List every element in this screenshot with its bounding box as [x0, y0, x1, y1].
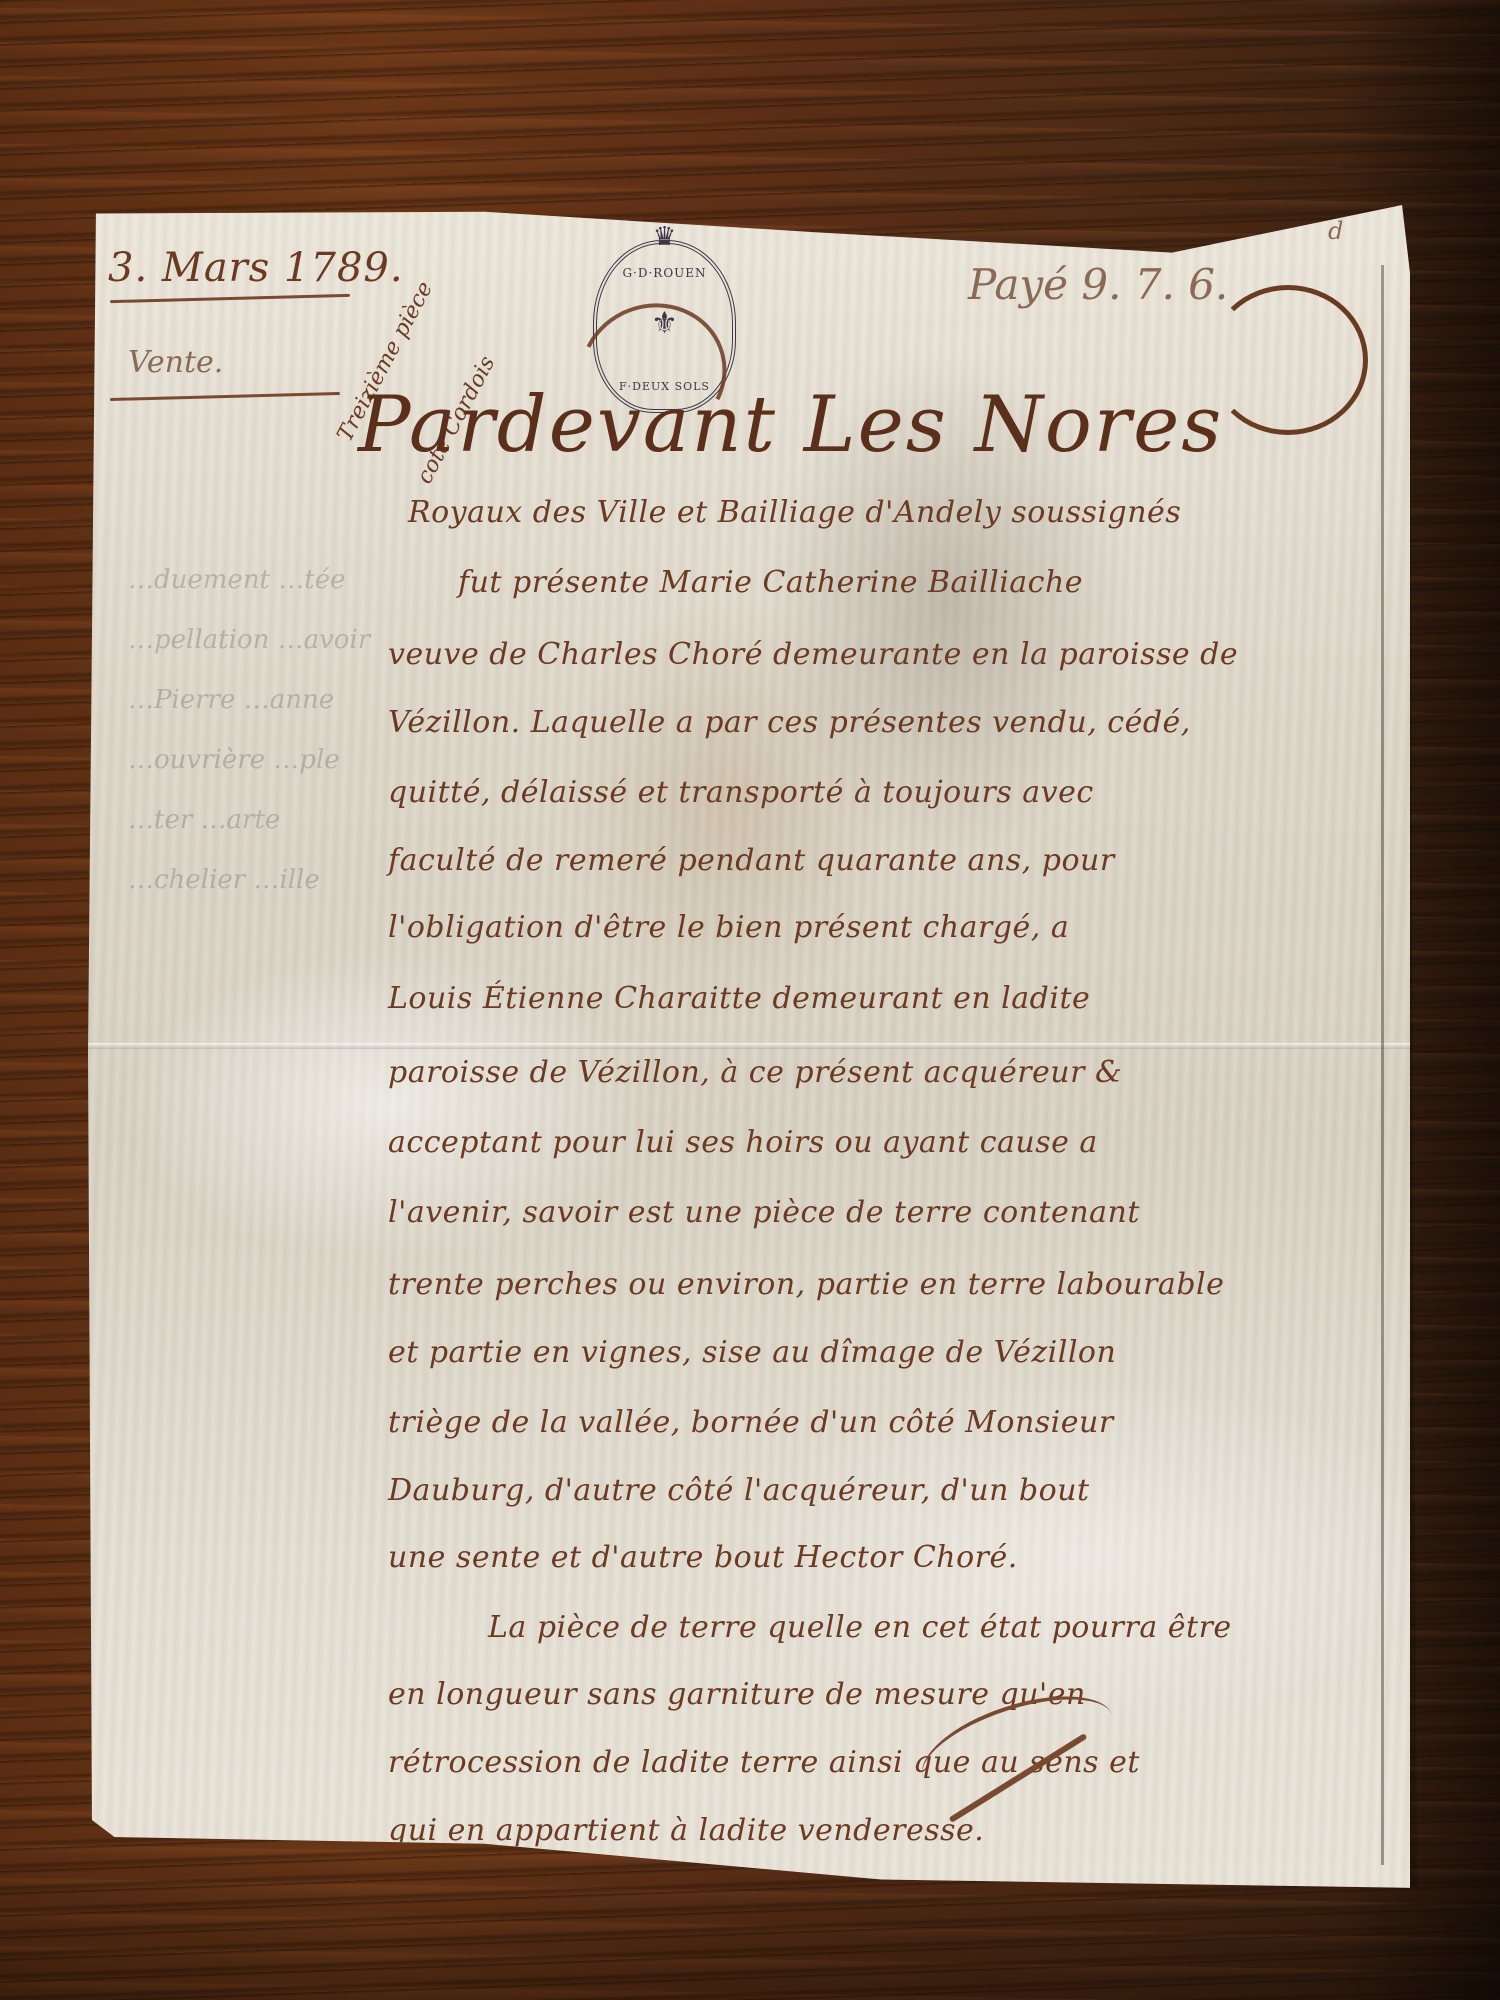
body-line: veuve de Charles Choré demeurante en la … — [388, 637, 1238, 672]
vellum-document: 3. Mars 1789. Vente. Treizième pièce cot… — [88, 205, 1410, 1905]
body-line: Vézillon. Laquelle a par ces présentes v… — [388, 705, 1191, 740]
fold-crease — [88, 1043, 1410, 1049]
body-line: l'avenir, savoir est une pièce de terre … — [388, 1195, 1140, 1230]
payment-superscript: d — [1328, 217, 1343, 245]
body-line: Dauburg, d'autre côté l'acquéreur, d'un … — [388, 1473, 1090, 1508]
body-line: acceptant pour lui ses hoirs ou ayant ca… — [388, 1125, 1098, 1160]
body-line: paroisse de Vézillon, à ce présent acqué… — [388, 1055, 1122, 1090]
heading-flourish — [1208, 285, 1368, 435]
category-annotation: Vente. — [128, 345, 223, 380]
body-line: et partie en vignes, sise au dîmage de V… — [388, 1335, 1116, 1370]
body-line: fut présente Marie Catherine Bailliache — [458, 565, 1083, 600]
edge-crease — [1381, 265, 1384, 1865]
faded-text-line: …pellation …avoir — [128, 625, 370, 655]
document-heading: Pardevant Les Nores — [358, 380, 1223, 470]
faded-text-line: …ouvrière …ple — [128, 745, 340, 775]
body-line: qui en appartient à ladite venderesse. — [388, 1813, 984, 1848]
body-line: La pièce de terre quelle en cet état pou… — [488, 1610, 1232, 1645]
payment-annotation: Payé 9. 7. 6. — [968, 260, 1228, 309]
stamp-top-text: G·D·ROUEN — [597, 266, 732, 280]
body-line: une sente et d'autre bout Hector Choré. — [388, 1540, 1018, 1575]
faded-text-line: …ter …arte — [128, 805, 280, 835]
underline — [110, 294, 350, 303]
body-line: Royaux des Ville et Bailliage d'Andely s… — [408, 495, 1181, 530]
faded-text-line: …duement …tée — [128, 565, 346, 595]
body-line: faculté de remeré pendant quarante ans, … — [388, 843, 1115, 878]
faded-text-line: …Pierre …anne — [128, 685, 334, 715]
body-line: en longueur sans garniture de mesure qu'… — [388, 1677, 1086, 1712]
faded-text-line: …chelier …ille — [128, 865, 320, 895]
body-line: Louis Étienne Charaitte demeurant en lad… — [388, 981, 1090, 1016]
body-line: l'obligation d'être le bien présent char… — [388, 910, 1069, 945]
body-line: quitté, délaissé et transporté à toujour… — [388, 775, 1094, 810]
body-line: triège de la vallée, bornée d'un côté Mo… — [388, 1405, 1114, 1440]
crown-icon: ♛ — [653, 222, 676, 252]
body-line: trente perches ou environ, partie en ter… — [388, 1267, 1224, 1302]
